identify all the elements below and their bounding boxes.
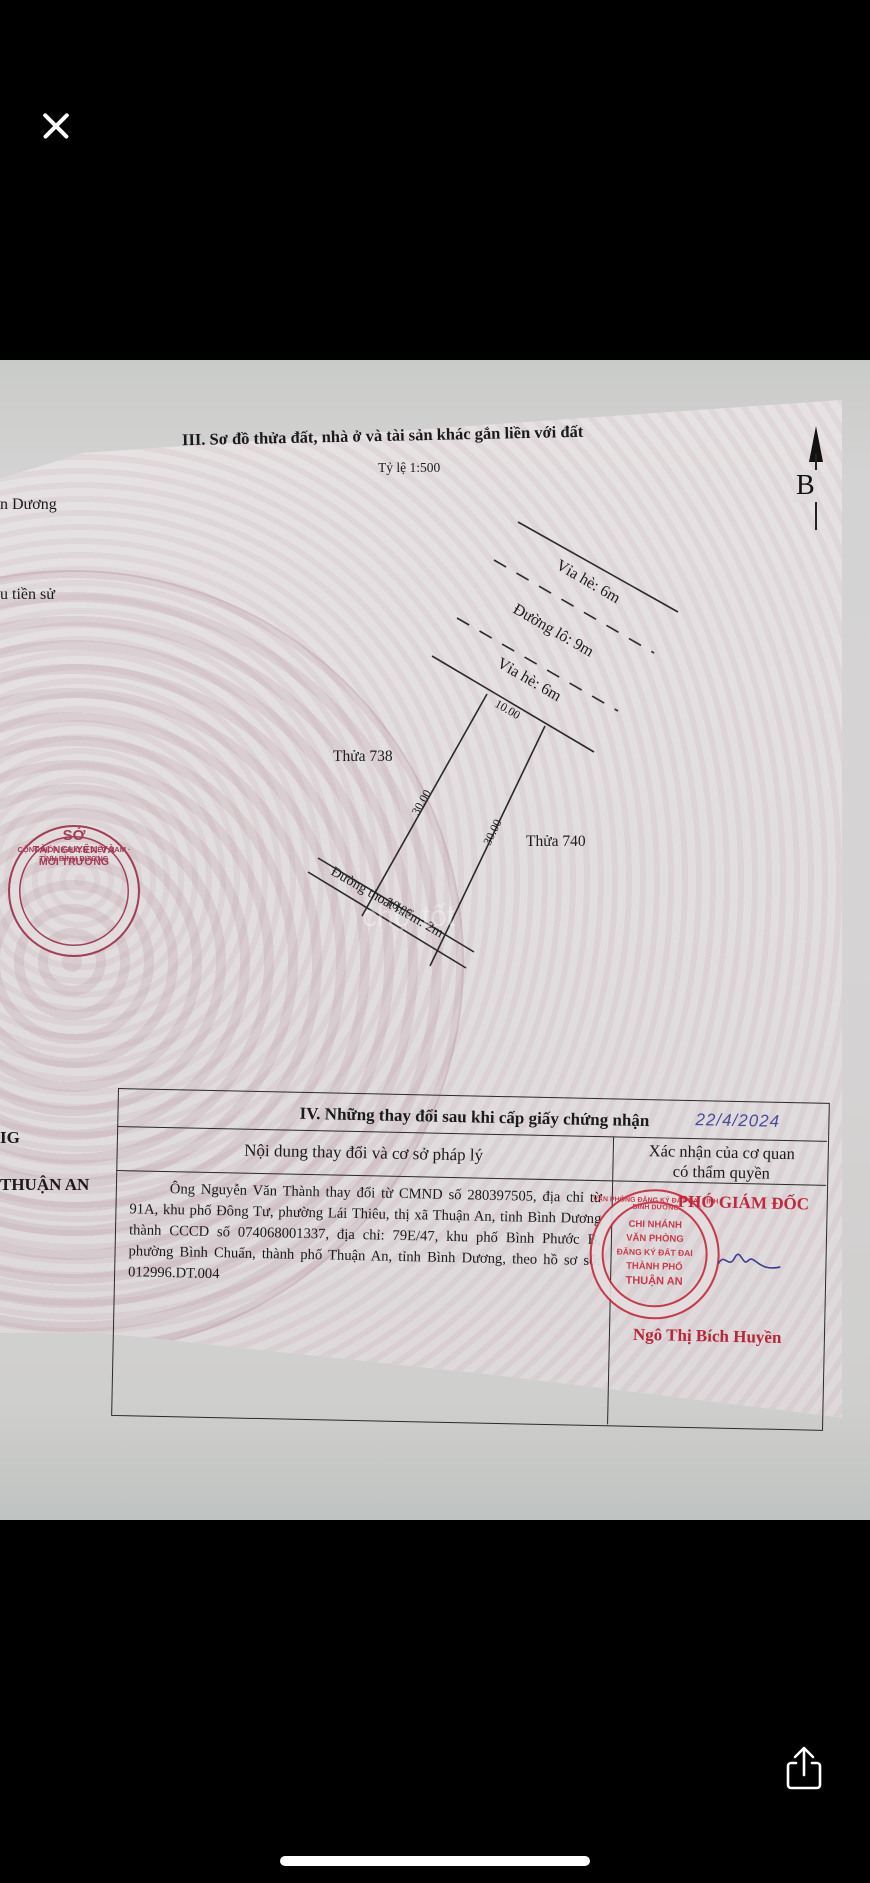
watermark: chợ tốt bbox=[362, 900, 456, 933]
close-button[interactable] bbox=[36, 106, 76, 146]
share-icon bbox=[783, 1745, 825, 1793]
signer-name: Ngô Thị Bích Huyền bbox=[633, 1325, 782, 1348]
road-edge-lower bbox=[457, 618, 618, 711]
right-length-label: 30.00 bbox=[480, 817, 504, 847]
signature bbox=[714, 1246, 785, 1277]
column-header-confirmation: Xác nhận của cơ quan có thẩm quyền bbox=[616, 1140, 827, 1184]
parcel-740-label: Thửa 740 bbox=[526, 833, 586, 850]
photo-view[interactable]: n Dương u tiền sử IG THUẬN AN III. Sơ đồ… bbox=[0, 360, 870, 1520]
land-department-stamp: CỘNG HÒA X.H.C.N VIỆT NAM · TỈNH BÌNH DƯ… bbox=[8, 825, 140, 957]
front-width-label: 10.00 bbox=[493, 696, 523, 722]
sidewalk-top-edge bbox=[518, 522, 678, 612]
change-content: Ông Nguyễn Văn Thành thay đổi từ CMND số… bbox=[128, 1178, 602, 1293]
left-length-label: 30.00 bbox=[408, 787, 434, 817]
changes-table: IV. Những thay đổi sau khi cấp giấy chứn… bbox=[111, 1088, 832, 1431]
handwritten-date: 22/4/2024 bbox=[695, 1110, 780, 1132]
parcel-738-label: Thửa 738 bbox=[333, 748, 393, 765]
signer-title: PHÓ GIÁM ĐỐC bbox=[678, 1192, 810, 1215]
home-indicator[interactable] bbox=[280, 1856, 590, 1866]
sidewalk-bottom-label: Vỉa hè: 6m bbox=[494, 655, 565, 706]
road-label: Đường lô: 9m bbox=[510, 601, 597, 661]
share-button[interactable] bbox=[783, 1745, 825, 1793]
